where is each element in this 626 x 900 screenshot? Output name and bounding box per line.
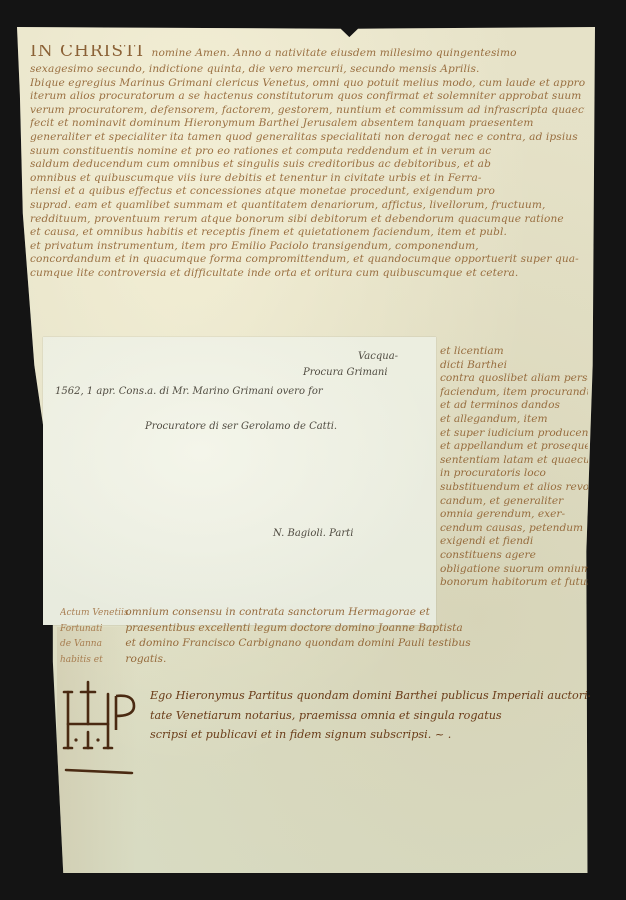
text-line: sententiam latam et quaecumque — [440, 454, 588, 468]
closing-line: Actum Venetiis omnium consensu in contra… — [60, 605, 600, 621]
margin-note: habitis et — [60, 653, 122, 668]
attached-paper-note: Vacqua- Procura Grimani 1562, 1 apr. Con… — [43, 337, 436, 625]
text-line: iterum alios procuratorum a se hactenus … — [30, 90, 585, 104]
text-line: omnia gerendum, exer- — [440, 508, 588, 522]
closing-line-text: rogatis. — [125, 653, 166, 665]
notary-line: Ego Hieronymus Partitus quondam domini B… — [150, 686, 590, 706]
text-line: et privatum instrumentum, item pro Emili… — [30, 240, 585, 254]
text-line: et licentiam — [440, 345, 588, 359]
closing-line-text: praesentibus excellenti legum doctore do… — [125, 622, 462, 634]
text-line: constituens agere — [440, 549, 588, 563]
notary-subscription: Ego Hieronymus Partitus quondam domini B… — [60, 680, 600, 790]
closing-text-block: Actum Venetiis omnium consensu in contra… — [60, 605, 600, 667]
text-line: exigendi et fiendi — [440, 535, 588, 549]
note-header-1: Vacqua- — [358, 351, 398, 362]
notary-line: tate Venetiarum notarius, praemissa omni… — [150, 706, 590, 726]
text-line: suprad. eam et quamlibet summam et quant… — [30, 199, 585, 213]
text-line: suum constituentis nomine et pro eo rati… — [30, 145, 585, 159]
text-line: reddituum, proventuum rerum atque bonoru… — [30, 213, 585, 227]
notary-signum-icon — [60, 680, 150, 780]
text-line: faciendum, item procurandum — [440, 386, 588, 400]
text-line: generaliter et specialiter ita tamen quo… — [30, 131, 585, 145]
text-line: verum procuratorem, defensorem, factorem… — [30, 104, 585, 118]
text-line: et ad terminos dandos — [440, 399, 588, 413]
text-line: cumque lite controversia et difficultate… — [30, 267, 585, 281]
right-column-text: et licentiam dicti Barthei contra quosli… — [440, 345, 588, 590]
margin-note: Fortunati — [60, 622, 122, 637]
invocation-heading: IN CHRISTI — [30, 45, 144, 61]
notary-initial: E — [150, 689, 158, 702]
text-line: et causa, et omnibus habitis et receptis… — [30, 226, 585, 240]
main-text-block: IN CHRISTI nomine Amen. Anno a nativitat… — [30, 45, 585, 281]
note-entry-line-2: Procuratore di ser Gerolamo de Catti. — [145, 421, 337, 432]
text-line: obligatione suorum omnium — [440, 563, 588, 577]
text-line: saldum deducendum cum omnibus et singuli… — [30, 158, 585, 172]
notary-line: scripsi et publicavi et in fidem signum … — [150, 725, 590, 745]
text-line: candum, et generaliter — [440, 495, 588, 509]
text-line: concordandum et in quacumque forma compr… — [30, 253, 585, 267]
text-line: IN CHRISTI nomine Amen. Anno a nativitat… — [30, 45, 585, 63]
text-line: omnibus et quibuscumque viis iure debiti… — [30, 172, 585, 186]
notary-line-text: go Hieronymus Partitus quondam domini Ba… — [158, 689, 590, 702]
text-line: Ibique egregius Marinus Grimani clericus… — [30, 77, 585, 91]
closing-line: de Vanna et domino Francisco Carbignano … — [60, 636, 600, 652]
text-line: fecit et nominavit dominum Hieronymum Ba… — [30, 117, 585, 131]
text-line: contra quoslibet aliam personam — [440, 372, 588, 386]
closing-line: Fortunati praesentibus excellenti legum … — [60, 621, 600, 637]
text-line: substituendum et alios revo- — [440, 481, 588, 495]
note-entry-line: 1562, 1 apr. Cons.a. di Mr. Marino Grima… — [55, 386, 323, 397]
notary-subscription-text: Ego Hieronymus Partitus quondam domini B… — [150, 686, 590, 745]
text-line: et allegandum, item — [440, 413, 588, 427]
text-line: cendum causas, petendum — [440, 522, 588, 536]
margin-note: Actum Venetiis — [60, 606, 122, 621]
closing-line-text: et domino Francisco Carbignano quondam d… — [125, 637, 470, 649]
text-line: et appellandum et prosequendum — [440, 440, 588, 454]
text-line: sexagesimo secundo, indictione quinta, d… — [30, 63, 585, 77]
text-line: et super iudicium producendum — [440, 427, 588, 441]
text-line: in procuratoris loco — [440, 467, 588, 481]
closing-line-text: omnium consensu in contrata sanctorum He… — [125, 606, 430, 618]
note-header-2: Procura Grimani — [303, 367, 388, 378]
closing-line: habitis et rogatis. — [60, 652, 600, 668]
text-line-content: nomine Amen. Anno a nativitate eiusdem m… — [152, 47, 517, 59]
text-line: riensi et a quibus effectus et concessio… — [30, 185, 585, 199]
text-line: dicti Barthei — [440, 359, 588, 373]
margin-note: de Vanna — [60, 637, 122, 652]
text-line: bonorum habitorum et futurorum. — [440, 576, 588, 590]
note-signature: N. Bagioli. Parti — [273, 528, 353, 539]
